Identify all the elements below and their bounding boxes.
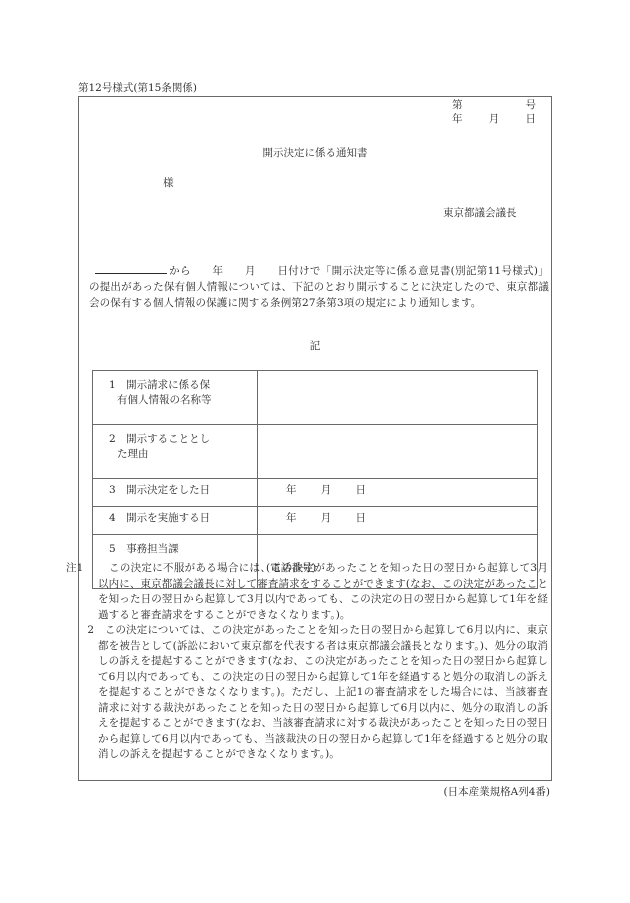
- date-year: 年: [286, 511, 297, 526]
- notes-section: 注1 この決定に不服がある場合には、この決定があったことを知った日の翌日から起算…: [82, 561, 548, 763]
- label-line: た理由: [109, 447, 253, 462]
- note-item: 2 この決定については、この決定があったことを知った日の翌日から起算して6月以内…: [82, 623, 548, 763]
- date-year: 年: [286, 483, 297, 498]
- row-value: [258, 425, 538, 479]
- document-number: 第 号: [452, 98, 536, 112]
- label-line: 有個人情報の名称等: [109, 393, 253, 408]
- table-row: 4 開示を実施する日 年 月 日: [93, 507, 538, 535]
- sender-name: 東京都議会議長: [443, 206, 517, 220]
- table-row: 3 開示決定をした日 年 月 日: [93, 479, 538, 507]
- body-date-month: 月: [245, 265, 256, 277]
- row-label: 4 開示を実施する日: [93, 507, 258, 535]
- document-title: 開示決定に係る通知書: [0, 146, 630, 160]
- date-day: 日: [526, 112, 537, 126]
- document-date: 年 月 日: [452, 112, 536, 126]
- date-day: 日: [356, 483, 367, 498]
- row-label: 1 開示請求に係る保 有個人情報の名称等: [93, 371, 258, 425]
- date-day: 日: [356, 511, 367, 526]
- body-paragraph: から 年 月 日付けで「開示決定等に係る意見書(別記第11号様式)」の提出があっ…: [89, 263, 549, 311]
- form-label: 第12号様式(第15条関係): [78, 80, 197, 95]
- paper-size-note: (日本産業規格A列4番): [420, 785, 550, 799]
- note-text: この決定に不服がある場合には、この決定があったことを知った日の翌日から起算して3…: [98, 562, 548, 621]
- row-label: 3 開示決定をした日: [93, 479, 258, 507]
- row-label: 2 開示することとし た理由: [93, 425, 258, 479]
- from-suffix: から: [169, 265, 191, 277]
- label-line: 1 開示請求に係る保: [109, 378, 253, 393]
- note-text: この決定については、この決定があったことを知った日の翌日から起算して6月以内に、…: [98, 624, 548, 760]
- date-month: 月: [489, 112, 500, 126]
- blank-fill-line: [95, 263, 167, 274]
- row-value: [258, 371, 538, 425]
- table-row: 2 開示することとし た理由: [93, 425, 538, 479]
- note-number: 2: [87, 624, 94, 636]
- ki-heading: 記: [0, 339, 630, 353]
- date-month: 月: [321, 511, 332, 526]
- table-row: 1 開示請求に係る保 有個人情報の名称等: [93, 371, 538, 425]
- body-date-year: 年: [212, 265, 223, 277]
- doc-number-suffix: 号: [526, 98, 537, 112]
- note-number: 注1: [82, 561, 98, 577]
- label-line: 2 開示することとし: [109, 432, 253, 447]
- note-item: 注1 この決定に不服がある場合には、この決定があったことを知った日の翌日から起算…: [82, 561, 548, 623]
- row-value: 年 月 日: [258, 479, 538, 507]
- details-table: 1 開示請求に係る保 有個人情報の名称等 2 開示することとし た理由 3 開示…: [92, 370, 538, 589]
- row-value: 年 月 日: [258, 507, 538, 535]
- date-year: 年: [452, 112, 463, 126]
- doc-number-prefix: 第: [452, 98, 463, 112]
- addressee-suffix: 様: [163, 176, 174, 190]
- date-month: 月: [321, 483, 332, 498]
